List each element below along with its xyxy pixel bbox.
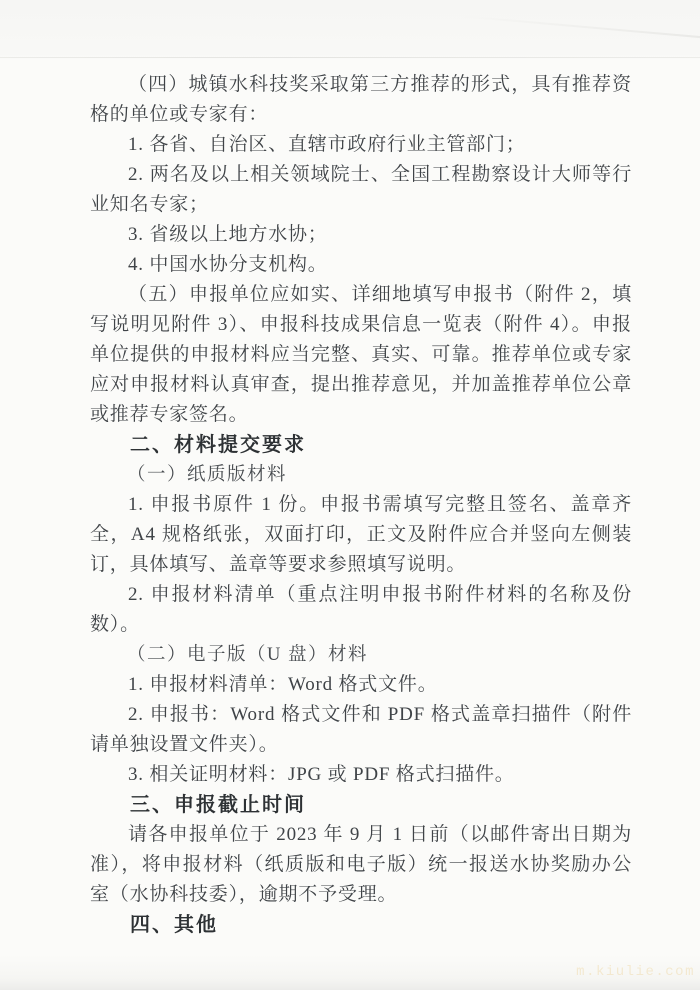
scanned-document-page: （四）城镇水科技奖采取第三方推荐的形式，具有推荐资格的单位或专家有： 1. 各省… <box>0 0 700 990</box>
document-body: （四）城镇水科技奖采取第三方推荐的形式，具有推荐资格的单位或专家有： 1. 各省… <box>90 70 632 940</box>
paragraph-deadline-details: 请各申报单位于 2023 年 9 月 1 日前（以邮件寄出日期为准），将申报材料… <box>90 820 632 910</box>
site-watermark: m.kiulie.com <box>576 964 695 980</box>
heading-section2-material-submission: 二、材料提交要求 <box>90 430 632 460</box>
heading-section4-others: 四、其他 <box>90 910 632 940</box>
subheading-paper-materials: （一）纸质版材料 <box>90 460 632 490</box>
scan-streak-artifact <box>460 15 700 39</box>
subheading-electronic-materials: （二）电子版（U 盘）材料 <box>90 640 632 670</box>
list-item-provincial-associations: 3. 省级以上地方水协； <box>90 220 632 250</box>
paragraph-electronic-checklist: 1. 申报材料清单：Word 格式文件。 <box>90 670 632 700</box>
paragraph-electronic-application: 2. 申报书：Word 格式文件和 PDF 格式盖章扫描件（附件请单独设置文件夹… <box>90 700 632 760</box>
paragraph-item5-application-filling: （五）申报单位应如实、详细地填写申报书（附件 2，填写说明见附件 3）、申报科技… <box>90 280 632 430</box>
paragraph-proof-materials: 3. 相关证明材料：JPG 或 PDF 格式扫描件。 <box>90 760 632 790</box>
list-item-branch-organizations: 4. 中国水协分支机构。 <box>90 250 632 280</box>
list-item-provincial-departments: 1. 各省、自治区、直辖市政府行业主管部门； <box>90 130 632 160</box>
paragraph-material-checklist: 2. 申报材料清单（重点注明申报书附件材料的名称及份数）。 <box>90 580 632 640</box>
scan-edge-line <box>0 57 700 58</box>
paragraph-item4-recommendation: （四）城镇水科技奖采取第三方推荐的形式，具有推荐资格的单位或专家有： <box>90 70 632 130</box>
heading-section3-deadline: 三、申报截止时间 <box>90 790 632 820</box>
paragraph-paper-original: 1. 申报书原件 1 份。申报书需填写完整且签名、盖章齐全，A4 规格纸张，双面… <box>90 490 632 580</box>
list-item-academicians-masters: 2. 两名及以上相关领域院士、全国工程勘察设计大师等行业知名专家； <box>90 160 632 220</box>
